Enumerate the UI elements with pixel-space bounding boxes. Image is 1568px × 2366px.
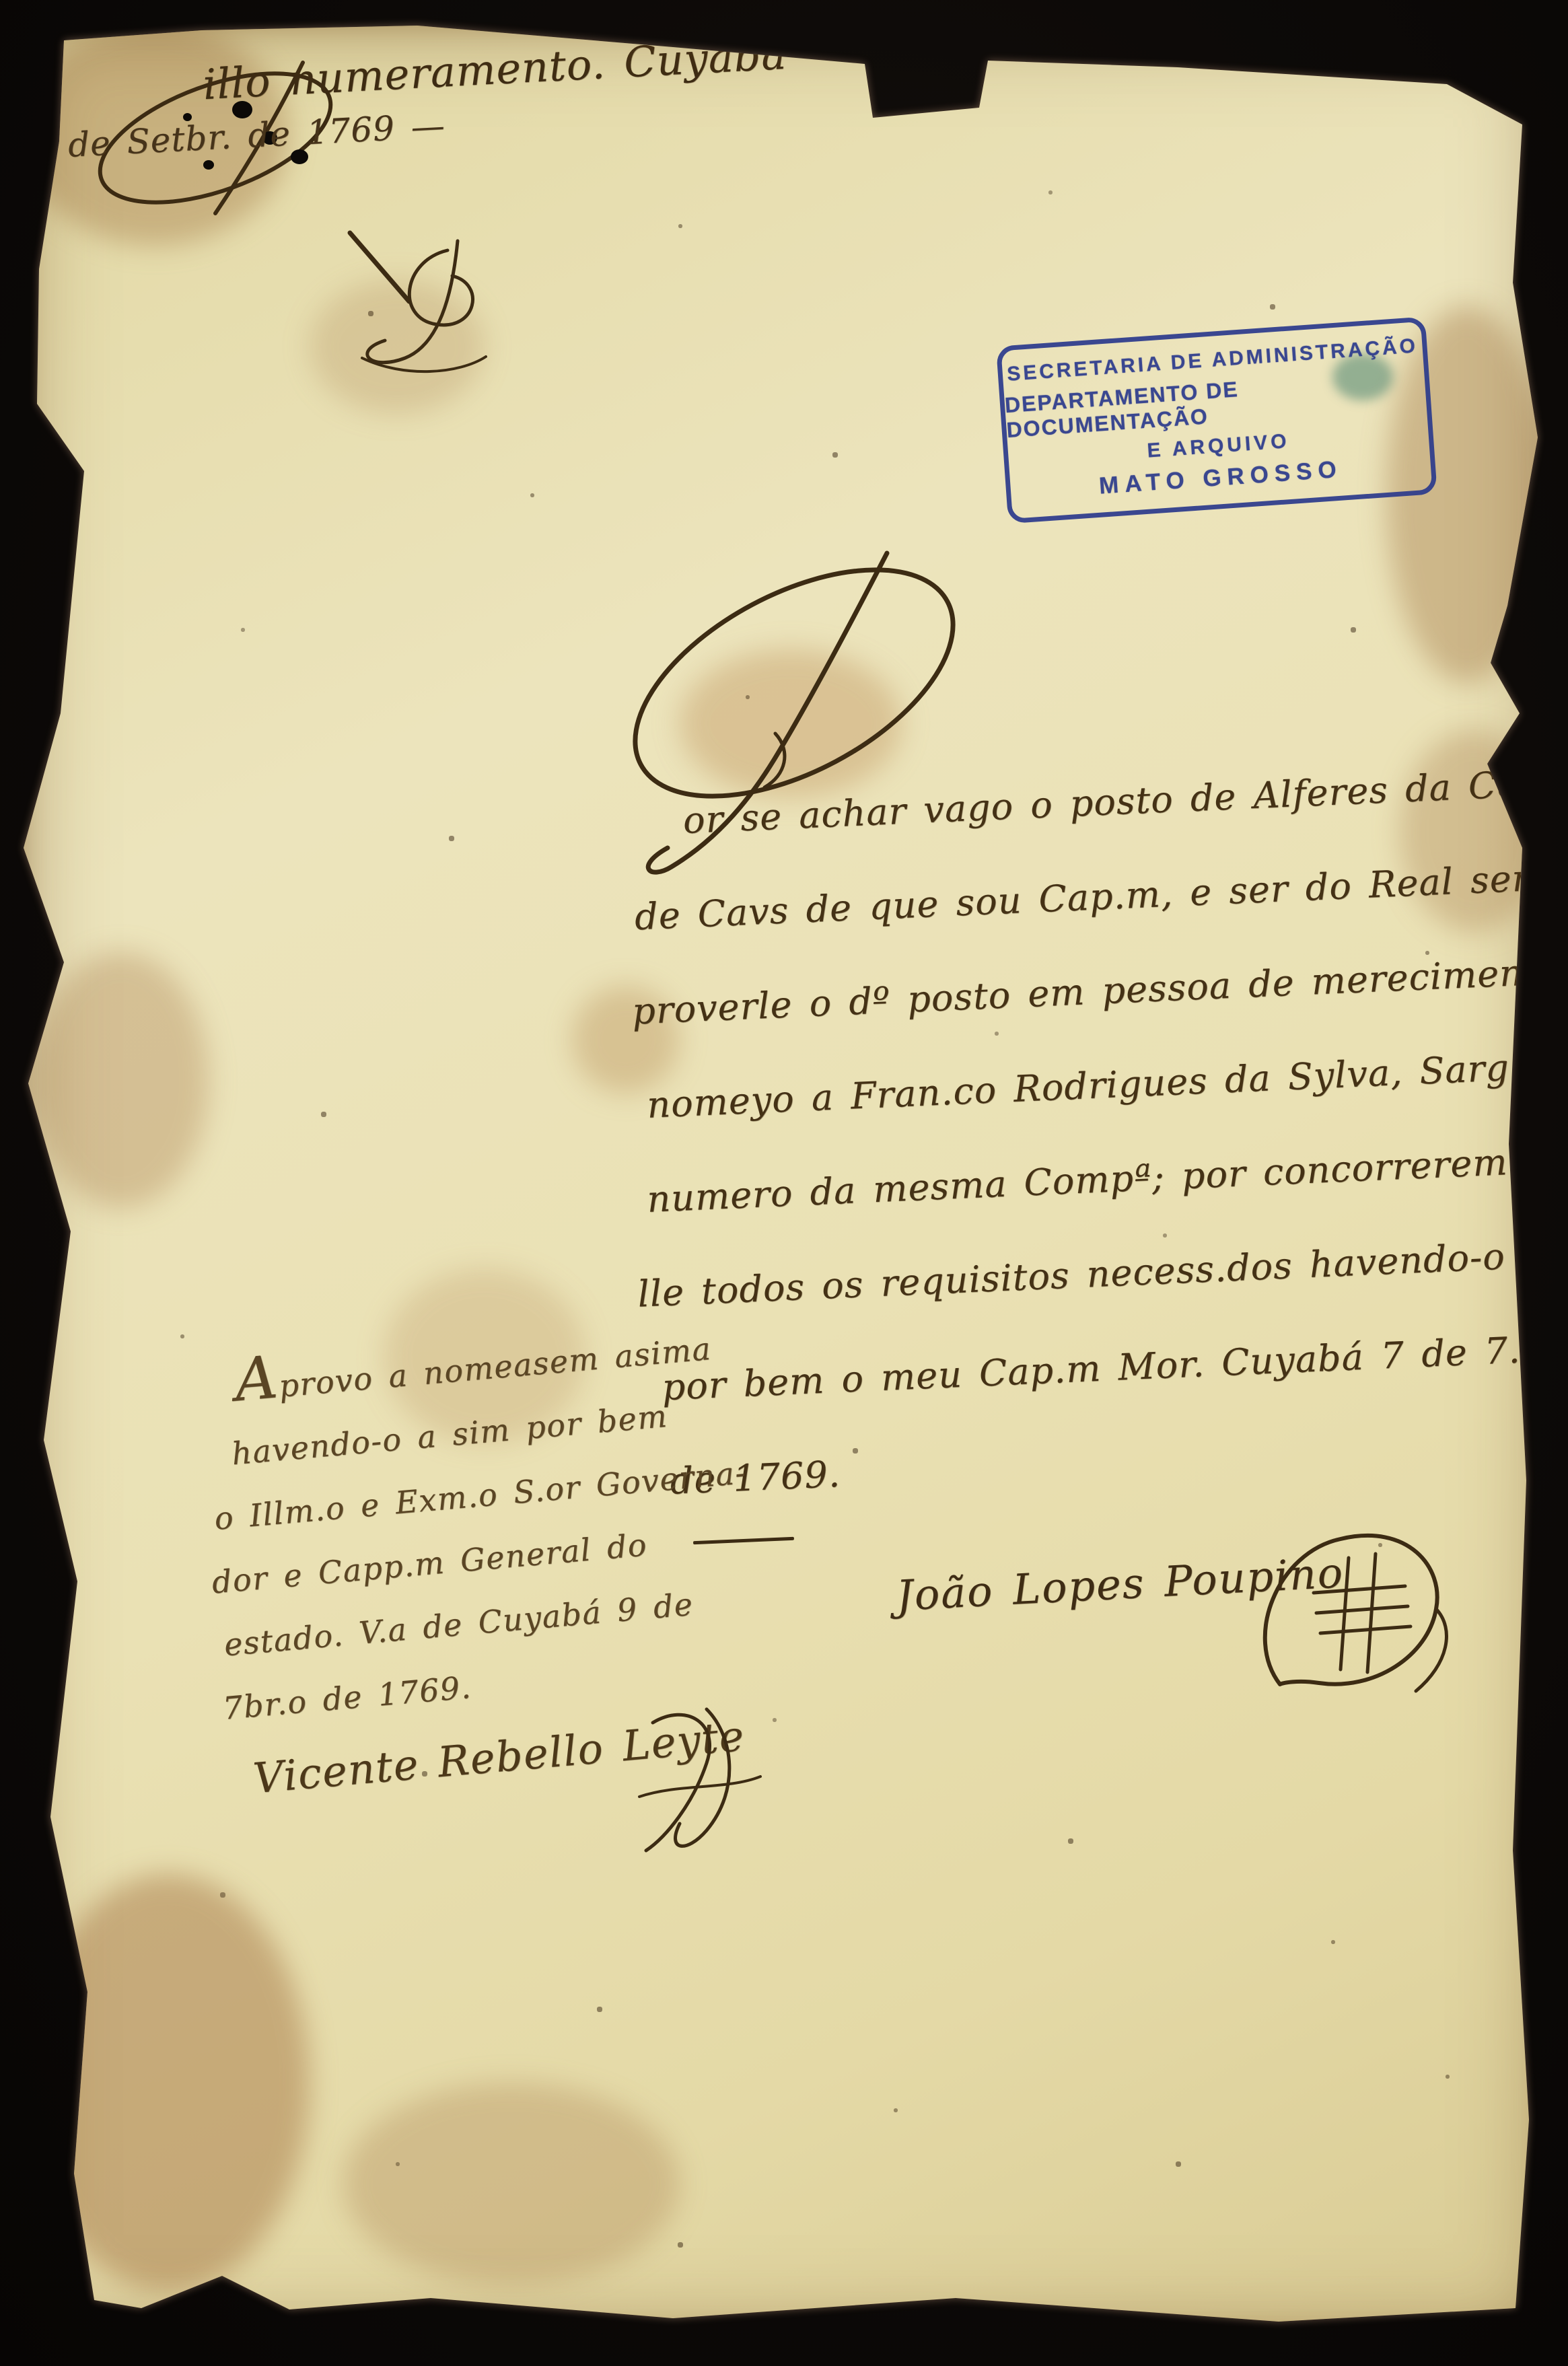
signature-rubric-flourish: [1238, 1511, 1467, 1726]
header-annotation: illo numeramento. Cuyabá de Setbr. de 17…: [64, 30, 791, 165]
marginal-note: Aprovo a nomeasem asima havendo-o a sim …: [192, 1305, 772, 1813]
photo-background: illo numeramento. Cuyabá de Setbr. de 17…: [0, 0, 1568, 2366]
paper-stain: [343, 2083, 680, 2285]
header-paraph-flourish: [323, 222, 525, 384]
body-text: or se achar vago o posto de Alferes da C…: [606, 736, 1568, 1530]
paper-stain: [34, 952, 209, 1208]
stamp-line-3: E ARQUIVO: [1147, 430, 1291, 463]
stamp-line-4: MATO GROSSO: [1098, 456, 1343, 500]
paper-hole: [203, 160, 214, 170]
archive-stamp: SECRETARIA DE ADMINISTRAÇÃO DEPARTAMENTO…: [996, 316, 1437, 524]
main-signature: João Lopes Poupino: [895, 1548, 1345, 1620]
manuscript-page: illo numeramento. Cuyabá de Setbr. de 17…: [20, 24, 1548, 2338]
manuscript-page-wrap: illo numeramento. Cuyabá de Setbr. de 17…: [20, 24, 1548, 2338]
paper-stain: [310, 279, 485, 414]
paper-stain: [27, 1874, 310, 2291]
foxing-speckles: [20, 24, 22, 25]
